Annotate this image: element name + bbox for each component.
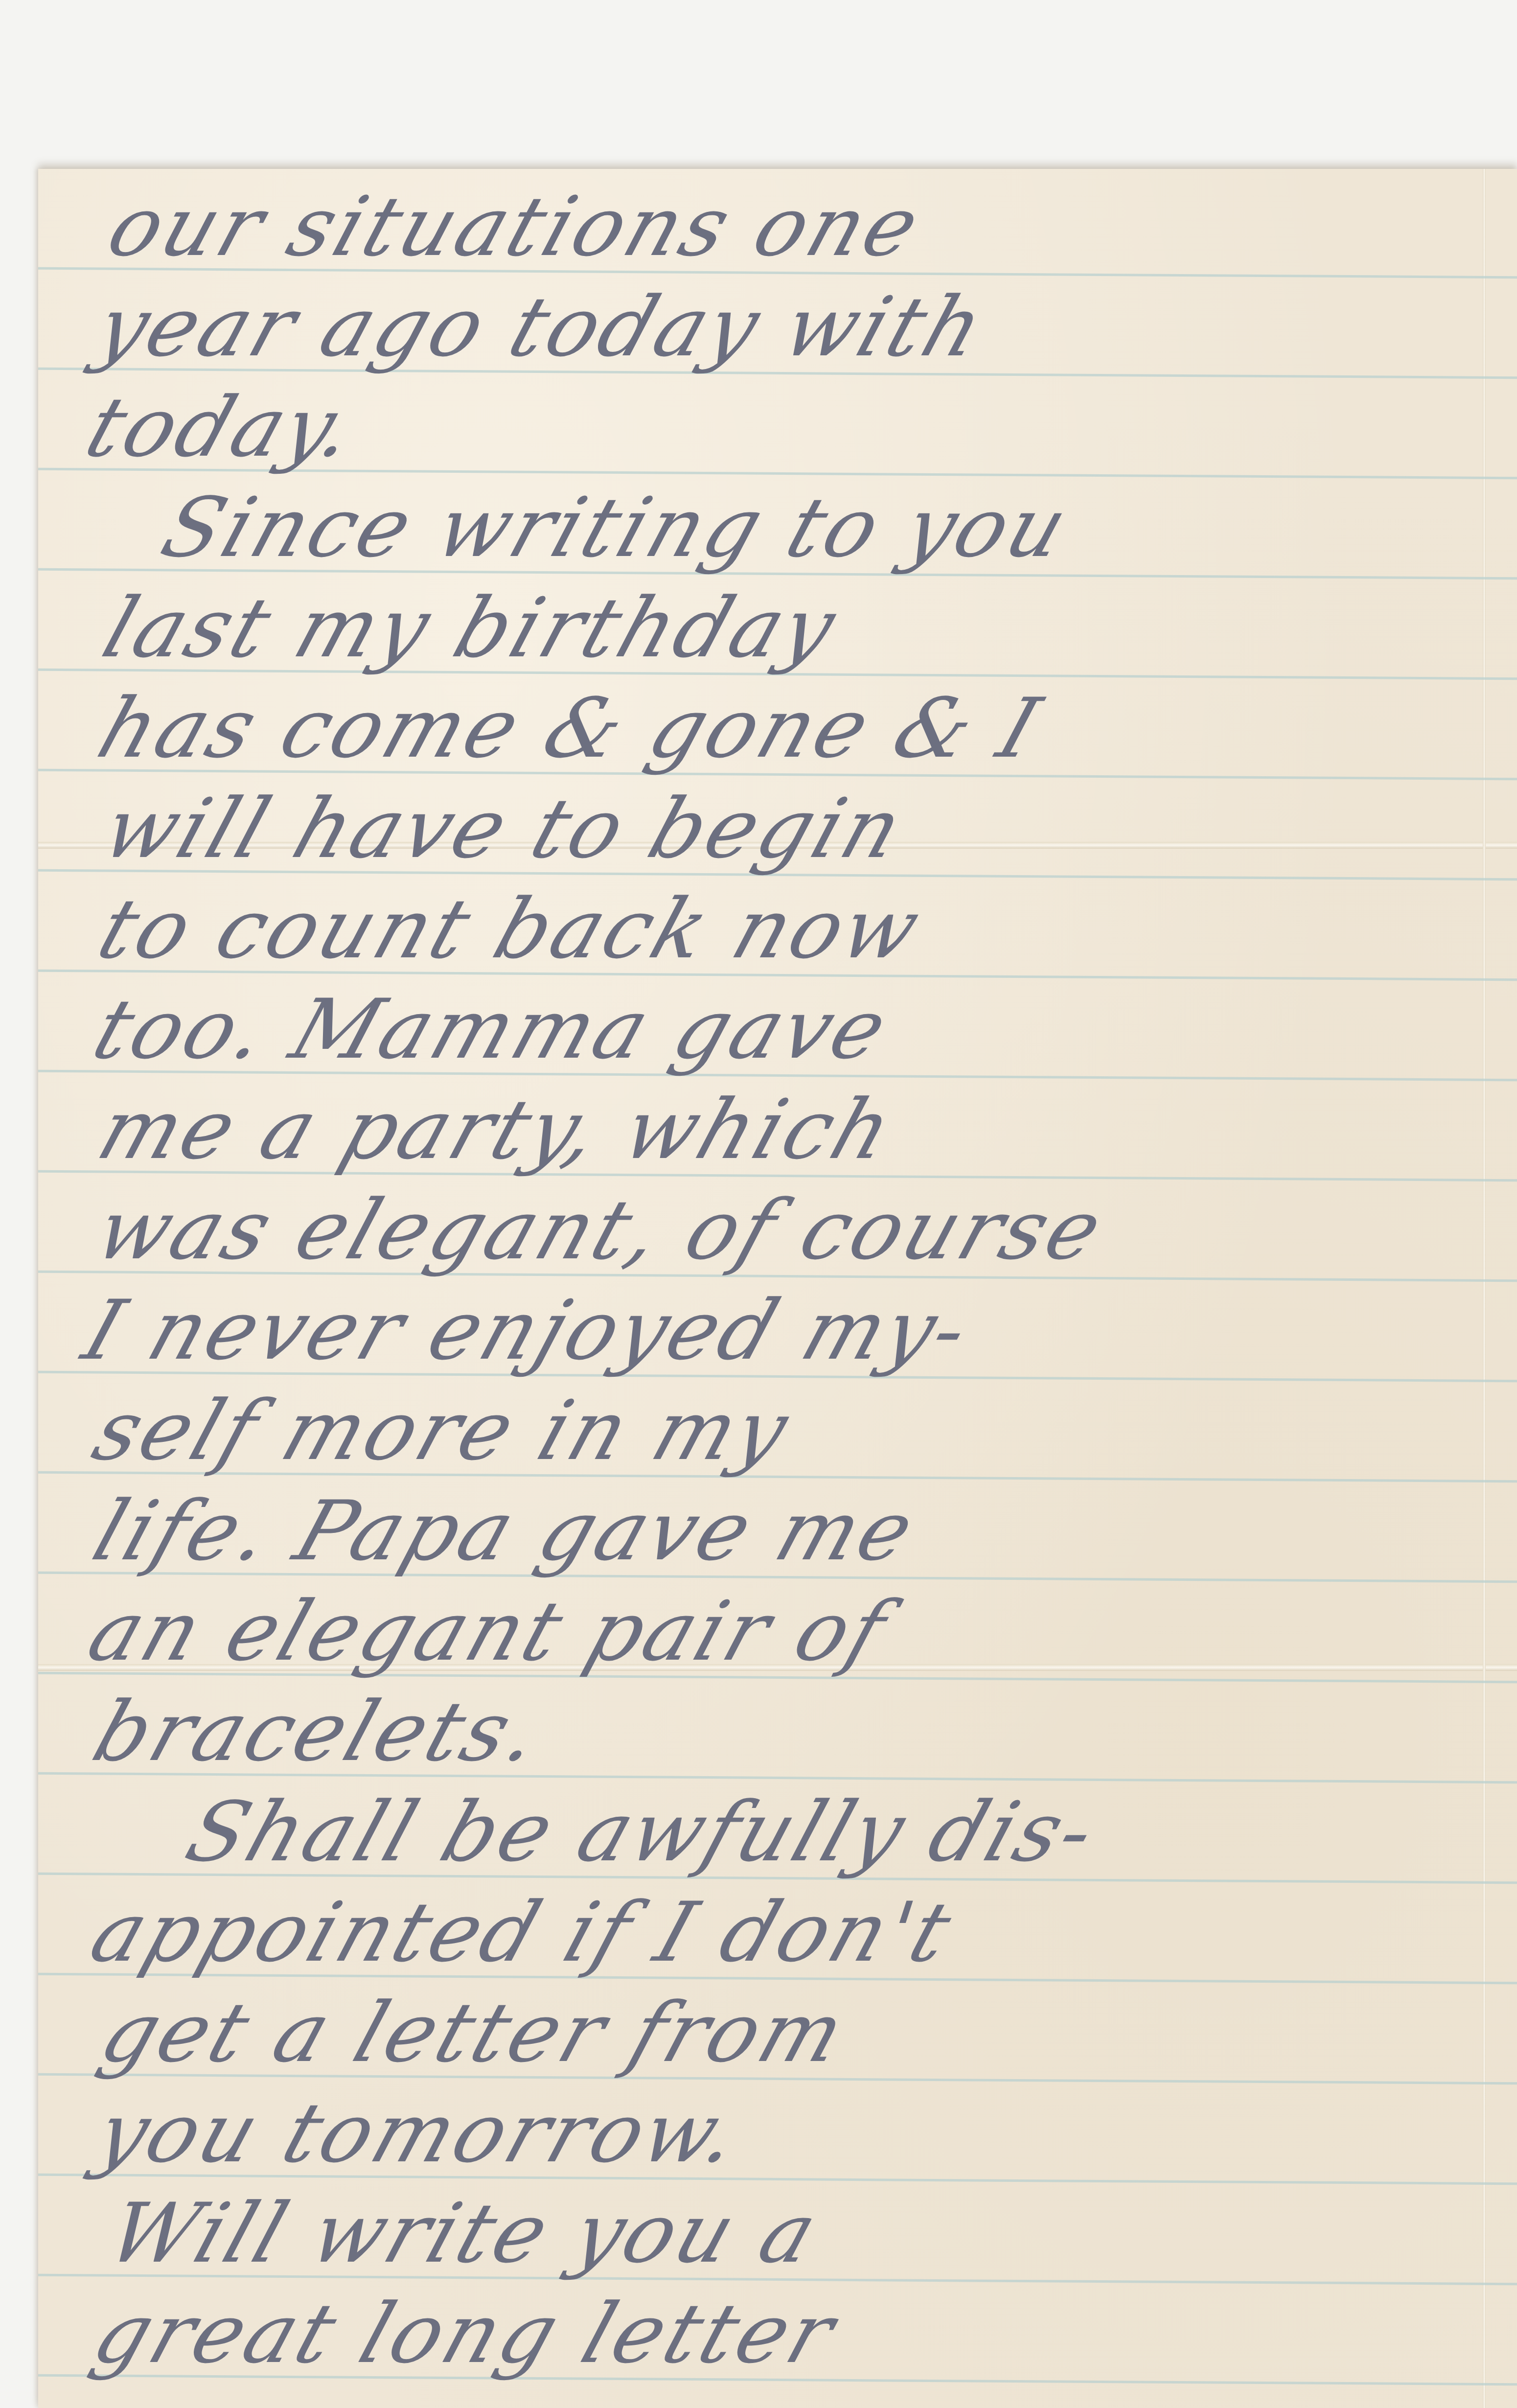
fold-crease-vertical xyxy=(1483,169,1486,2408)
handwritten-line: Will write you a xyxy=(97,2185,831,2281)
handwritten-line: has come & gone & I xyxy=(87,680,1054,776)
handwritten-line: was elegant, of course xyxy=(85,1182,1116,1278)
handwritten-line: too. Mamma gave xyxy=(82,981,901,1077)
handwritten-line: will have to begin xyxy=(92,781,917,877)
handwritten-line: our situations one xyxy=(97,179,934,275)
handwritten-line: bracelets. xyxy=(82,1684,554,1780)
handwritten-line: you tomorrow. xyxy=(85,2085,754,2181)
handwritten-line: Since writing to you xyxy=(151,480,1081,576)
handwritten-line: life. Papa gave me xyxy=(82,1483,928,1579)
handwritten-line: last my birthday xyxy=(92,580,850,676)
handwritten-line: today. xyxy=(75,379,369,475)
handwritten-line: self more in my xyxy=(82,1383,803,1479)
handwritten-line: get a letter from xyxy=(90,1985,858,2081)
handwritten-line: me a party, which xyxy=(87,1082,906,1178)
handwritten-line: an elegant pair of xyxy=(77,1583,900,1679)
handwritten-line: great long letter xyxy=(82,2286,849,2382)
handwritten-line: year ago today with xyxy=(85,279,998,375)
handwritten-line: Shall be awfully dis- xyxy=(175,1784,1109,1880)
handwritten-line: appointed if I don't xyxy=(80,1884,965,1980)
handwritten-line: to count back now xyxy=(87,881,934,977)
letter-page: our situations oneyear ago today withtod… xyxy=(38,169,1517,2408)
handwritten-line: I never enjoyed my- xyxy=(72,1282,983,1378)
